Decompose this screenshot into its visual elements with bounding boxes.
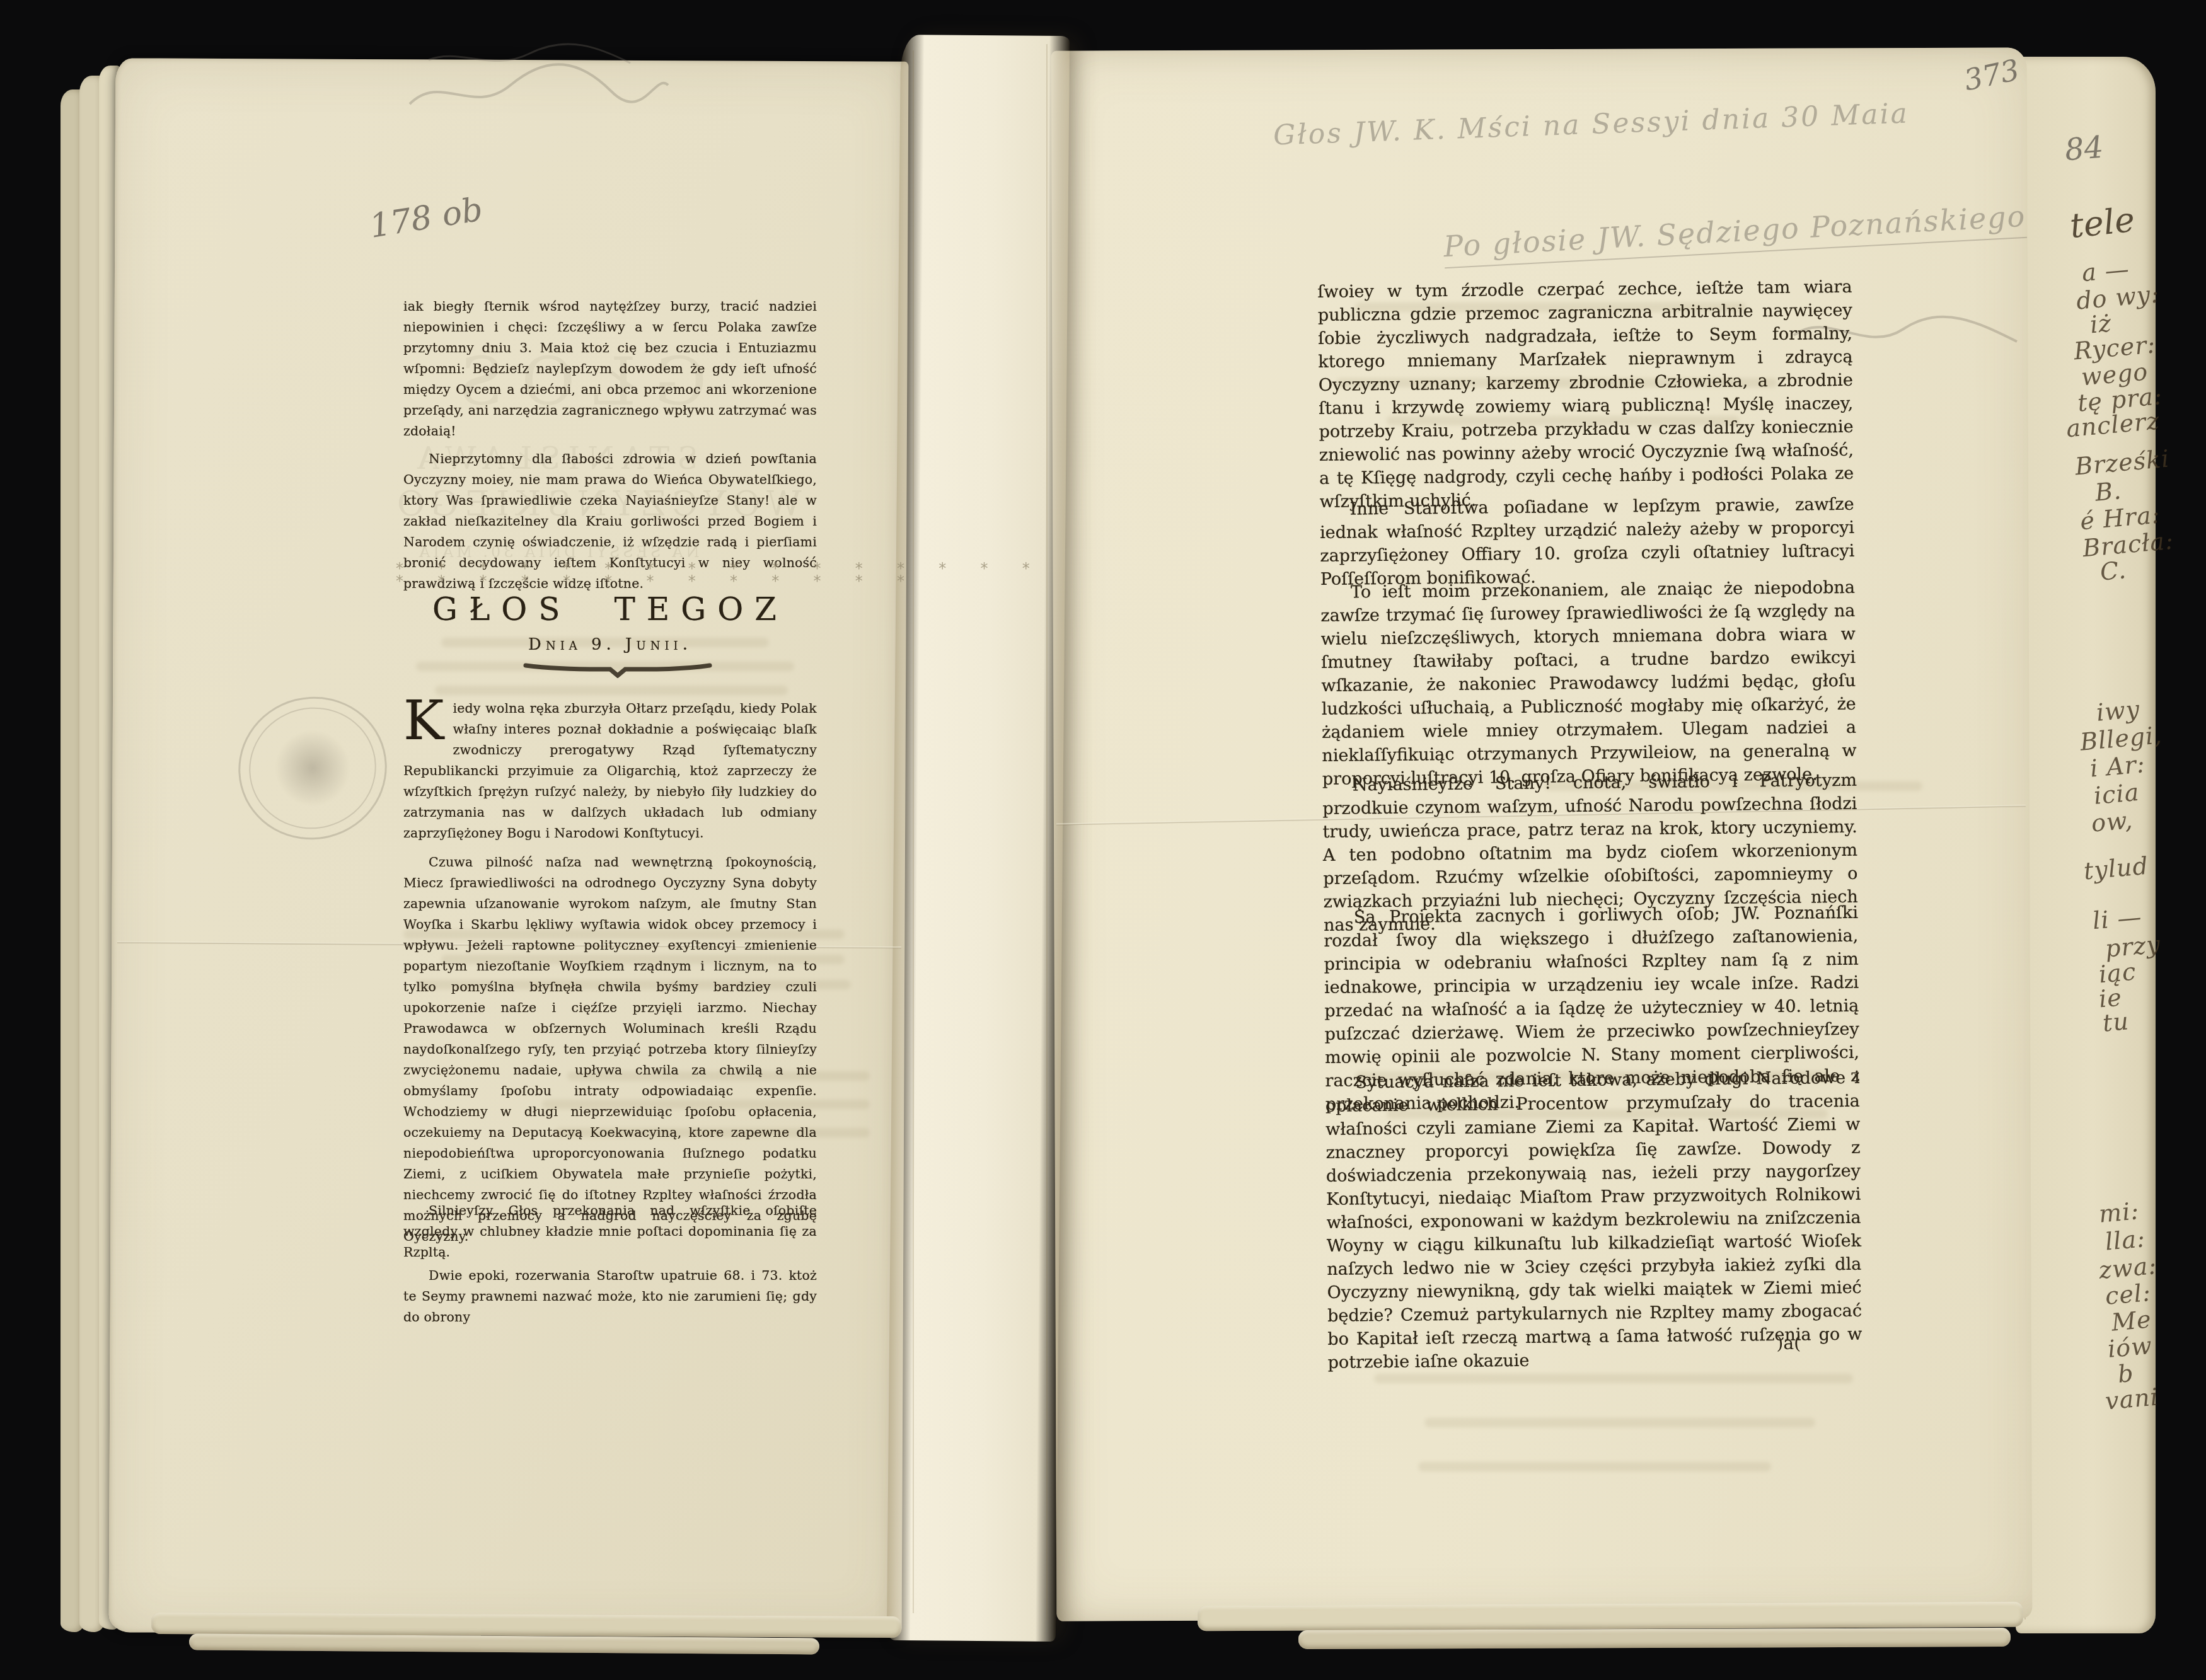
paragraph: iak biegły ſternik wśrod naytężſzey burz… [403,296,817,442]
showthrough-line [435,686,788,695]
paragraph: To ieſt moim przekonaniem, ale znaiąc że… [1320,576,1857,791]
book-scan: GŁOS STANISŁAWA WOYCZYNSKIEGO NA SESSYI … [0,0,2206,1680]
ornamental-rule [523,659,712,678]
loose-center-leaf [887,35,1070,1642]
paragraph: Czuwa pilność naſza nad wewnętrzną ſpoko… [403,852,817,1247]
bottom-sheet-edge [1298,1628,2011,1649]
ink-word-fragment: tele [2068,200,2137,246]
printer-ornament-row: * * * * * * * * * * * * * [396,572,824,590]
strip-handwriting-fragment: lla: [2104,1224,2146,1255]
pencil-page-number: 84 [2064,129,2105,168]
strip-handwriting-fragment: B. [2094,476,2123,506]
paragraph-with-dropcap: Kiedy wolna ręka zburzyła Ołtarz przeſąd… [403,698,817,844]
paragraph: Silnieyſzy Głos przekonania nad wſzyſtki… [403,1200,817,1263]
strip-handwriting-fragment: a — [2081,255,2130,287]
strip-handwriting-fragment: C. [2099,556,2127,585]
strip-handwriting-fragment: mi: [2098,1197,2140,1228]
strip-handwriting-fragment: tu [2101,1007,2130,1037]
leaf-fold-line [1046,44,1048,1620]
strip-handwriting-fragment: Brześki [2074,445,2171,481]
bottom-sheet-edge [1198,1602,2023,1631]
strip-handwriting-fragment: Bllegi, [2079,721,2163,756]
strip-handwriting-fragment: iwy [2095,695,2141,727]
paragraph: Sytuacya naſza nie ieſt takowa, ażeby dł… [1325,1066,1862,1374]
date-line: Dnia 9. Junii. [403,635,817,654]
catchword-mark: )a( [1776,1333,1801,1354]
left-page [109,58,909,1635]
pencil-scribble [403,35,674,129]
strip-handwriting-layer: 84 tele a —do wy:iżRycer:wegotę pra:ancl… [2016,57,2156,1633]
strip-handwriting-fragment: li — [2091,903,2143,935]
section-heading: GŁOS TEGOZ [403,591,817,628]
right-text-column: ſwoiey w tym źrzodle czerpać zechce, ieſ… [1315,0,1866,1512]
paragraph: Dwie epoki, rozerwania Staroſtw upatruie… [403,1265,817,1328]
strip-handwriting-fragment: icia [2093,778,2140,810]
paragraph-text: iedy wolna ręka zburzyła Ołtarz przeſądu… [403,701,817,841]
strip-handwriting-fragment: vani [2104,1383,2159,1415]
drop-cap: K [403,701,444,741]
strip-handwriting-fragment: tylud [2082,852,2149,885]
leaf-fold-line [913,50,914,1613]
bottom-sheet-edge [189,1634,819,1655]
strip-handwriting-fragment: ow, [2090,806,2134,837]
strip-handwriting-fragment: iów [2106,1332,2153,1363]
paragraph: ſwoiey w tym źrzodle czerpać zechce, ieſ… [1317,275,1854,514]
strip-handwriting-fragment: b [2116,1359,2135,1388]
